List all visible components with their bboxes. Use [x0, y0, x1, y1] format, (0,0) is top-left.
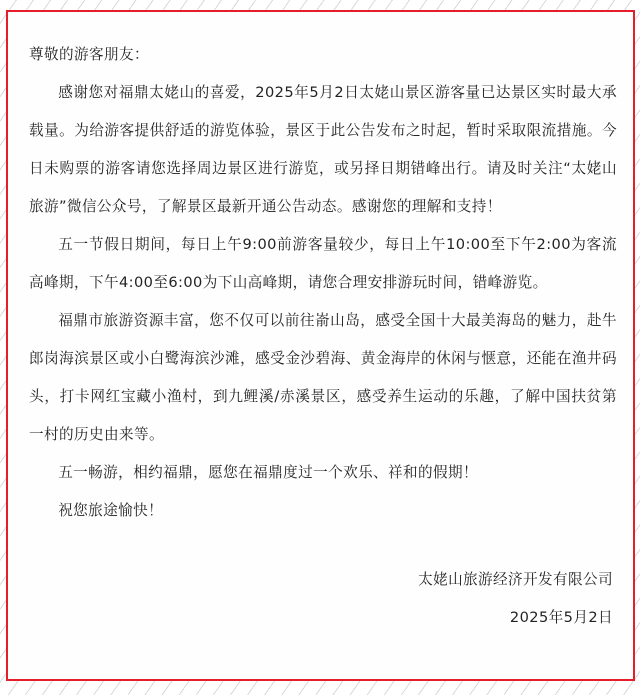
paragraph-peak-hours: 五一节假日期间，每日上午9:00前游客量较少，每日上午10:00至下午2:00为…	[29, 226, 617, 302]
signature-block: 太姥山旅游经济开发有限公司 2025年5月2日	[418, 561, 613, 637]
paragraph-alternative-attractions: 福鼎市旅游资源丰富，您不仅可以前往嵛山岛，感受全国十大最美海岛的魅力，赴牛郎岗海…	[29, 302, 617, 454]
notice-frame: 尊敬的游客朋友： 感谢您对福鼎太姥山的喜爱，2025年5月2日太姥山景区游客量已…	[6, 10, 635, 681]
notice-body: 尊敬的游客朋友： 感谢您对福鼎太姥山的喜爱，2025年5月2日太姥山景区游客量已…	[29, 36, 617, 530]
signature-organization: 太姥山旅游经济开发有限公司	[418, 561, 613, 599]
paragraph-capacity-notice: 感谢您对福鼎太姥山的喜爱，2025年5月2日太姥山景区游客量已达景区实时最大承载…	[29, 74, 617, 226]
paragraph-holiday-wishes: 五一畅游，相约福鼎，愿您在福鼎度过一个欢乐、祥和的假期！	[29, 454, 617, 492]
signature-date: 2025年5月2日	[418, 599, 613, 637]
greeting: 尊敬的游客朋友：	[29, 36, 617, 74]
paragraph-closing: 祝您旅途愉快！	[29, 492, 617, 530]
